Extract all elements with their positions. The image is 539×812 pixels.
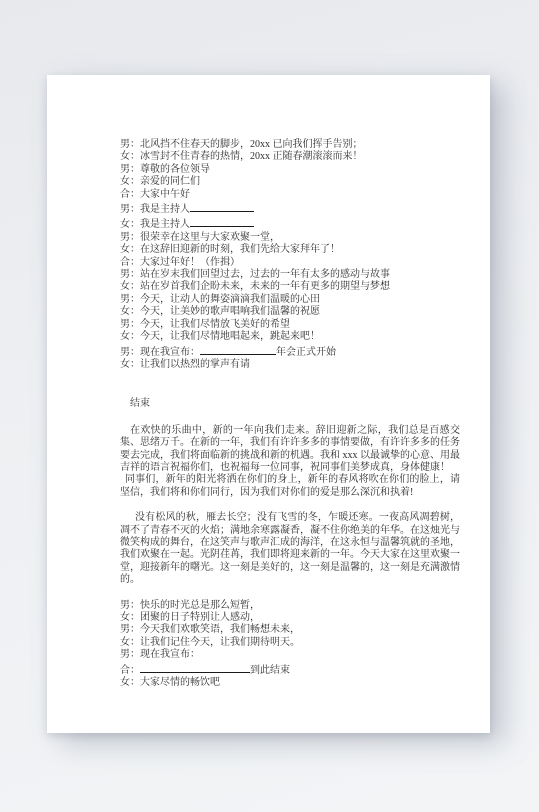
fill-in-blank-underline — [140, 662, 250, 673]
dialogue-line: 女：让我们记住今天，让我们期待明天。 — [120, 637, 460, 649]
dialogue-text: 女：在这辞旧迎新的时刻，我们先给大家拜年了！ — [120, 244, 340, 255]
dialogue-text: 女：亲爱的同仁们 — [120, 176, 200, 187]
fill-in-blank-underline — [190, 201, 254, 212]
dialogue-text: 合： — [120, 665, 140, 676]
dialogue-text: 男：现在我宣布： — [120, 347, 200, 358]
dialogue-text: 合：大家过年好！（作揖） — [120, 257, 240, 268]
dialogue-line: 女：冰雪封不住青春的热情，20xx 正随春潮滚滚而来！ — [120, 151, 460, 163]
dialogue-line: 男：今天，让动人的舞姿滴滴我们温暖的心田 — [120, 294, 460, 306]
dialogue-line: 女：站在岁首我们企盼未来，未来的一年有更多的期望与梦想 — [120, 281, 460, 293]
dialogue-text: 女：站在岁首我们企盼未来，未来的一年有更多的期望与梦想 — [120, 281, 390, 292]
dialogue-text: 男：现在我宣布： — [120, 649, 200, 660]
dialogue-text: 男：快乐的时光总是那么短暂， — [120, 600, 260, 611]
dialogue-line: 女：让我们以热烈的掌声有请 — [120, 359, 460, 371]
dialogue-line: 女：今天，让我们尽情地唱起来，跳起来吧！ — [120, 331, 460, 343]
dialogue-text: 男：北风挡不住春天的脚步，20xx 已向我们挥手告别； — [120, 139, 363, 150]
dialogue-text: 男：站在岁末我们回望过去，过去的一年有太多的感动与故事 — [120, 269, 390, 280]
fill-in-blank-underline — [190, 216, 254, 227]
dialogue-line: 合：到此结束 — [120, 662, 460, 677]
dialogue-line: 女：团聚的日子特别让人感动， — [120, 612, 460, 624]
dialogue-line: 男：站在岁末我们回望过去，过去的一年有太多的感动与故事 — [120, 269, 460, 281]
document-content: 男：北风挡不住春天的脚步，20xx 已向我们挥手告别；女：冰雪封不住青春的热情，… — [47, 75, 490, 689]
dialogue-line: 女：今天，让美妙的歌声唱响我们温馨的祝愿 — [120, 306, 460, 318]
dialogue-text: 男：今天，让动人的舞姿滴滴我们温暖的心田 — [120, 294, 320, 305]
paragraph: 没有松风的秋，雁去长空；没有飞雪的冬，乍暖还寒。一夜高风凋碧树，凋不了青春不灭的… — [120, 512, 460, 586]
dialogue-line: 女：亲爱的同仁们 — [120, 176, 460, 188]
closing-paragraph-group-2: 没有松风的秋，雁去长空；没有飞雪的冬，乍暖还寒。一夜高风凋碧树，凋不了青春不灭的… — [120, 512, 460, 586]
dialogue-line: 男：我是主持人 — [120, 201, 460, 216]
dialogue-text: 男：很荣幸在这里与大家欢聚一堂， — [120, 232, 280, 243]
dialogue-text: 到此结束 — [250, 665, 290, 676]
dialogue-text: 合：大家中午好 — [120, 189, 190, 200]
dialogue-text: 男：今天我们欢歌笑语，我们畅想未来， — [120, 624, 300, 635]
dialogue-text: 女：让我们记住今天，让我们期待明天。 — [120, 637, 300, 648]
dialogue-text: 女：大家尽情的畅饮吧 — [120, 677, 220, 688]
section-heading: 结束 — [120, 398, 460, 410]
dialogue-line: 男：今天我们欢歌笑语，我们畅想未来， — [120, 624, 460, 636]
dialogue-line: 男：快乐的时光总是那么短暂， — [120, 600, 460, 612]
dialogue-text: 女：让我们以热烈的掌声有请 — [120, 359, 250, 370]
dialogue-text: 年会正式开始 — [276, 347, 336, 358]
finale-dialogue-block: 男：快乐的时光总是那么短暂，女：团聚的日子特别让人感动，男：今天我们欢歌笑语，我… — [120, 600, 460, 690]
fill-in-blank-underline — [200, 344, 276, 355]
dialogue-text: 男：我是主持人 — [120, 204, 190, 215]
dialogue-line: 男：现在我宣布： — [120, 649, 460, 661]
dialogue-line: 女：大家尽情的畅饮吧 — [120, 677, 460, 689]
dialogue-line: 女：在这辞旧迎新的时刻，我们先给大家拜年了！ — [120, 244, 460, 256]
dialogue-text: 男：今天，让我们尽情放飞美好的希望 — [120, 319, 290, 330]
dialogue-line: 男：北风挡不住春天的脚步，20xx 已向我们挥手告别； — [120, 139, 460, 151]
paragraph: 同事们，新年的阳光将洒在你们的身上，新年的春风将吹在你们的脸上，请坚信，我们将和… — [120, 474, 460, 499]
dialogue-line: 男：很荣幸在这里与大家欢聚一堂， — [120, 232, 460, 244]
paragraph: 在欢快的乐曲中，新的一年向我们走来。辞旧迎新之际，我们总是百感交集、思绪万千。在… — [120, 425, 460, 475]
dialogue-line: 合：大家过年好！（作揖） — [120, 257, 460, 269]
dialogue-text: 女：我是主持人 — [120, 219, 190, 230]
dialogue-text: 女：冰雪封不住青春的热情，20xx 正随春潮滚滚而来！ — [120, 151, 363, 162]
dialogue-line: 男：现在我宣布：年会正式开始 — [120, 344, 460, 359]
dialogue-line: 男：今天，让我们尽情放飞美好的希望 — [120, 319, 460, 331]
closing-paragraph-group-1: 在欢快的乐曲中，新的一年向我们走来。辞旧迎新之际，我们总是百感交集、思绪万千。在… — [120, 425, 460, 499]
dialogue-line: 合：大家中午好 — [120, 189, 460, 201]
dialogue-text: 女：团聚的日子特别让人感动， — [120, 612, 260, 623]
document-page: 男：北风挡不住春天的脚步，20xx 已向我们挥手告别；女：冰雪封不住青春的热情，… — [47, 75, 490, 733]
opening-dialogue-block: 男：北风挡不住春天的脚步，20xx 已向我们挥手告别；女：冰雪封不住青春的热情，… — [120, 139, 460, 371]
dialogue-text: 女：今天，让美妙的歌声唱响我们温馨的祝愿 — [120, 306, 320, 317]
dialogue-line: 女：我是主持人 — [120, 216, 460, 231]
dialogue-text: 女：今天，让我们尽情地唱起来，跳起来吧！ — [120, 331, 320, 342]
dialogue-text: 男：尊敬的各位领导 — [120, 164, 210, 175]
dialogue-line: 男：尊敬的各位领导 — [120, 164, 460, 176]
